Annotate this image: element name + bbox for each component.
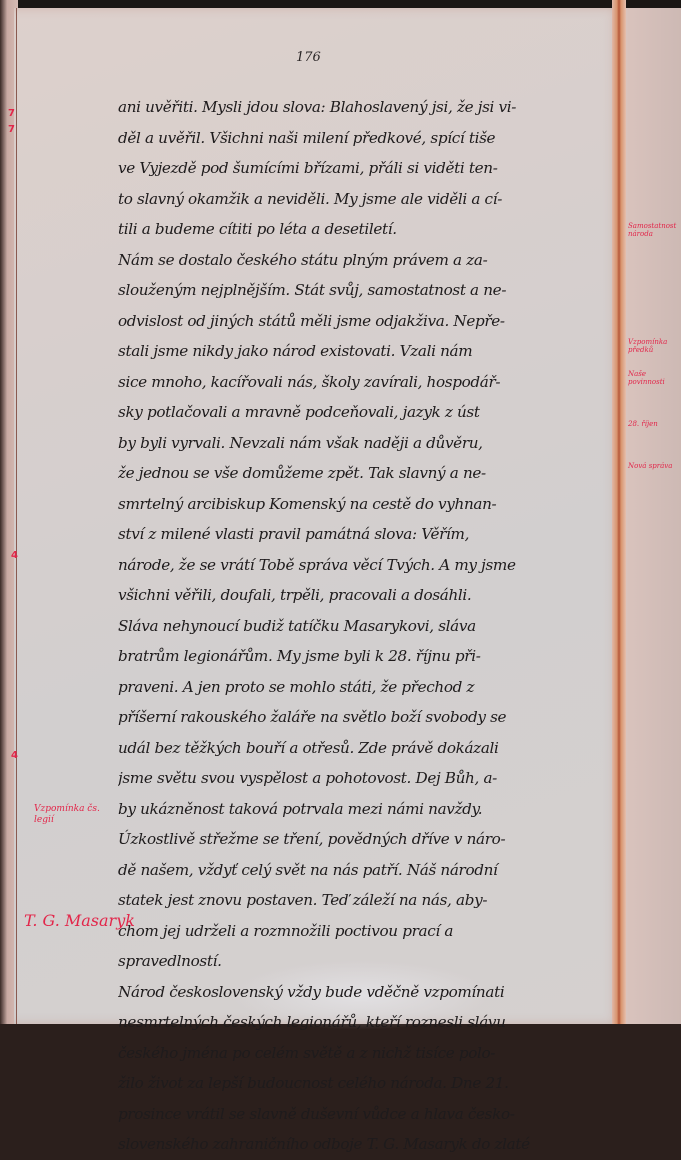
text-line: národe, že se vrátí Tobě správa věcí Tvý… [118,550,608,581]
handwritten-body: ani uvěřiti. Mysli jdou slova: Blahoslav… [118,92,608,1024]
text-line: slouženým nejplnějším. Stát svůj, samost… [118,275,608,306]
text-line: by byli vyrvali. Nevzali nám však naději… [118,428,608,459]
red-tick-mark: 4 [11,550,18,561]
margin-note-left: Vzpomínka čs. legií [34,804,104,826]
text-line: statek jest znovu postaven. Teď záleží n… [118,885,608,916]
red-tick-mark: 7 [8,124,15,135]
margin-signature: T. G. Masaryk [24,911,135,930]
text-line: bratrům legionářům. My jsme byli k 28. ř… [118,641,608,672]
text-line: nesmrtelných českých legionářů, kteří ro… [118,1007,608,1024]
text-line: sice mnoho, kacířovali nás, školy zavíra… [118,367,608,398]
text-line: Nám se dostalo českého státu plným práve… [118,245,608,276]
text-line: by ukázněnost taková potrvala mezi námi … [118,794,608,825]
text-line: stali jsme nikdy jako národ existovati. … [118,336,608,367]
top-shadow [0,0,681,8]
text-line: chom jej udrželi a rozmnožili poctivou p… [118,916,608,947]
text-line: udál bez těžkých bouří a otřesů. Zde prá… [118,733,608,764]
text-line: Úzkostlivě střežme se tření, povědných d… [118,824,608,855]
text-line: děl a uvěřil. Všichni naši milení předko… [118,123,608,154]
text-line: dě našem, vždyť celý svět na nás patří. … [118,855,608,886]
text-line: sky potlačovali a mravně podceňovali, ja… [118,397,608,428]
text-line: Národ československý vždy bude vděčně vz… [118,977,608,1008]
red-tick-mark: 7 [8,108,15,119]
text-line: smrtelný arcibiskup Komenský na cestě do… [118,489,608,520]
text-line: tili a budeme cítiti po léta a desetilet… [118,214,608,245]
book-spread: 176 ani uvěřiti. Mysli jdou slova: Blaho… [0,0,681,1024]
page-number: 176 [296,50,321,65]
text-line: ství z milené vlasti pravil památná slov… [118,519,608,550]
text-line: praveni. A jen proto se mohlo státi, že … [118,672,608,703]
book-gutter [612,0,626,1024]
margin-note-right: Samostatnost národa [628,222,680,239]
text-line: ve Vyjezdě pod šumícími břízami, přáli s… [118,153,608,184]
margin-note-right: Naše povinnosti [628,370,680,387]
red-tick-mark: 4 [11,750,18,761]
margin-note-right: Nová správa [628,462,680,470]
text-line: příšerní rakouského žaláře na světlo bož… [118,702,608,733]
margin-note-right: Vzpomínka předků [628,338,680,355]
text-line: Sláva nehynoucí budiž tatíčku Masarykovi… [118,611,608,642]
text-line: že jednou se vše domůžeme zpět. Tak slav… [118,458,608,489]
text-line: spravedlností. [118,946,608,977]
text-line: ani uvěřiti. Mysli jdou slova: Blahoslav… [118,92,608,123]
margin-rule-line [16,8,17,1024]
text-line: jsme světu svou vyspělost a pohotovost. … [118,763,608,794]
text-line: to slavný okamžik a neviděli. My jsme al… [118,184,608,215]
facing-page-edge [626,8,681,1024]
text-line: všichni věřili, doufali, trpěli, pracova… [118,580,608,611]
text-line: odvislost od jiných států měli jsme odja… [118,306,608,337]
margin-note-right: 28. říjen [628,420,680,428]
